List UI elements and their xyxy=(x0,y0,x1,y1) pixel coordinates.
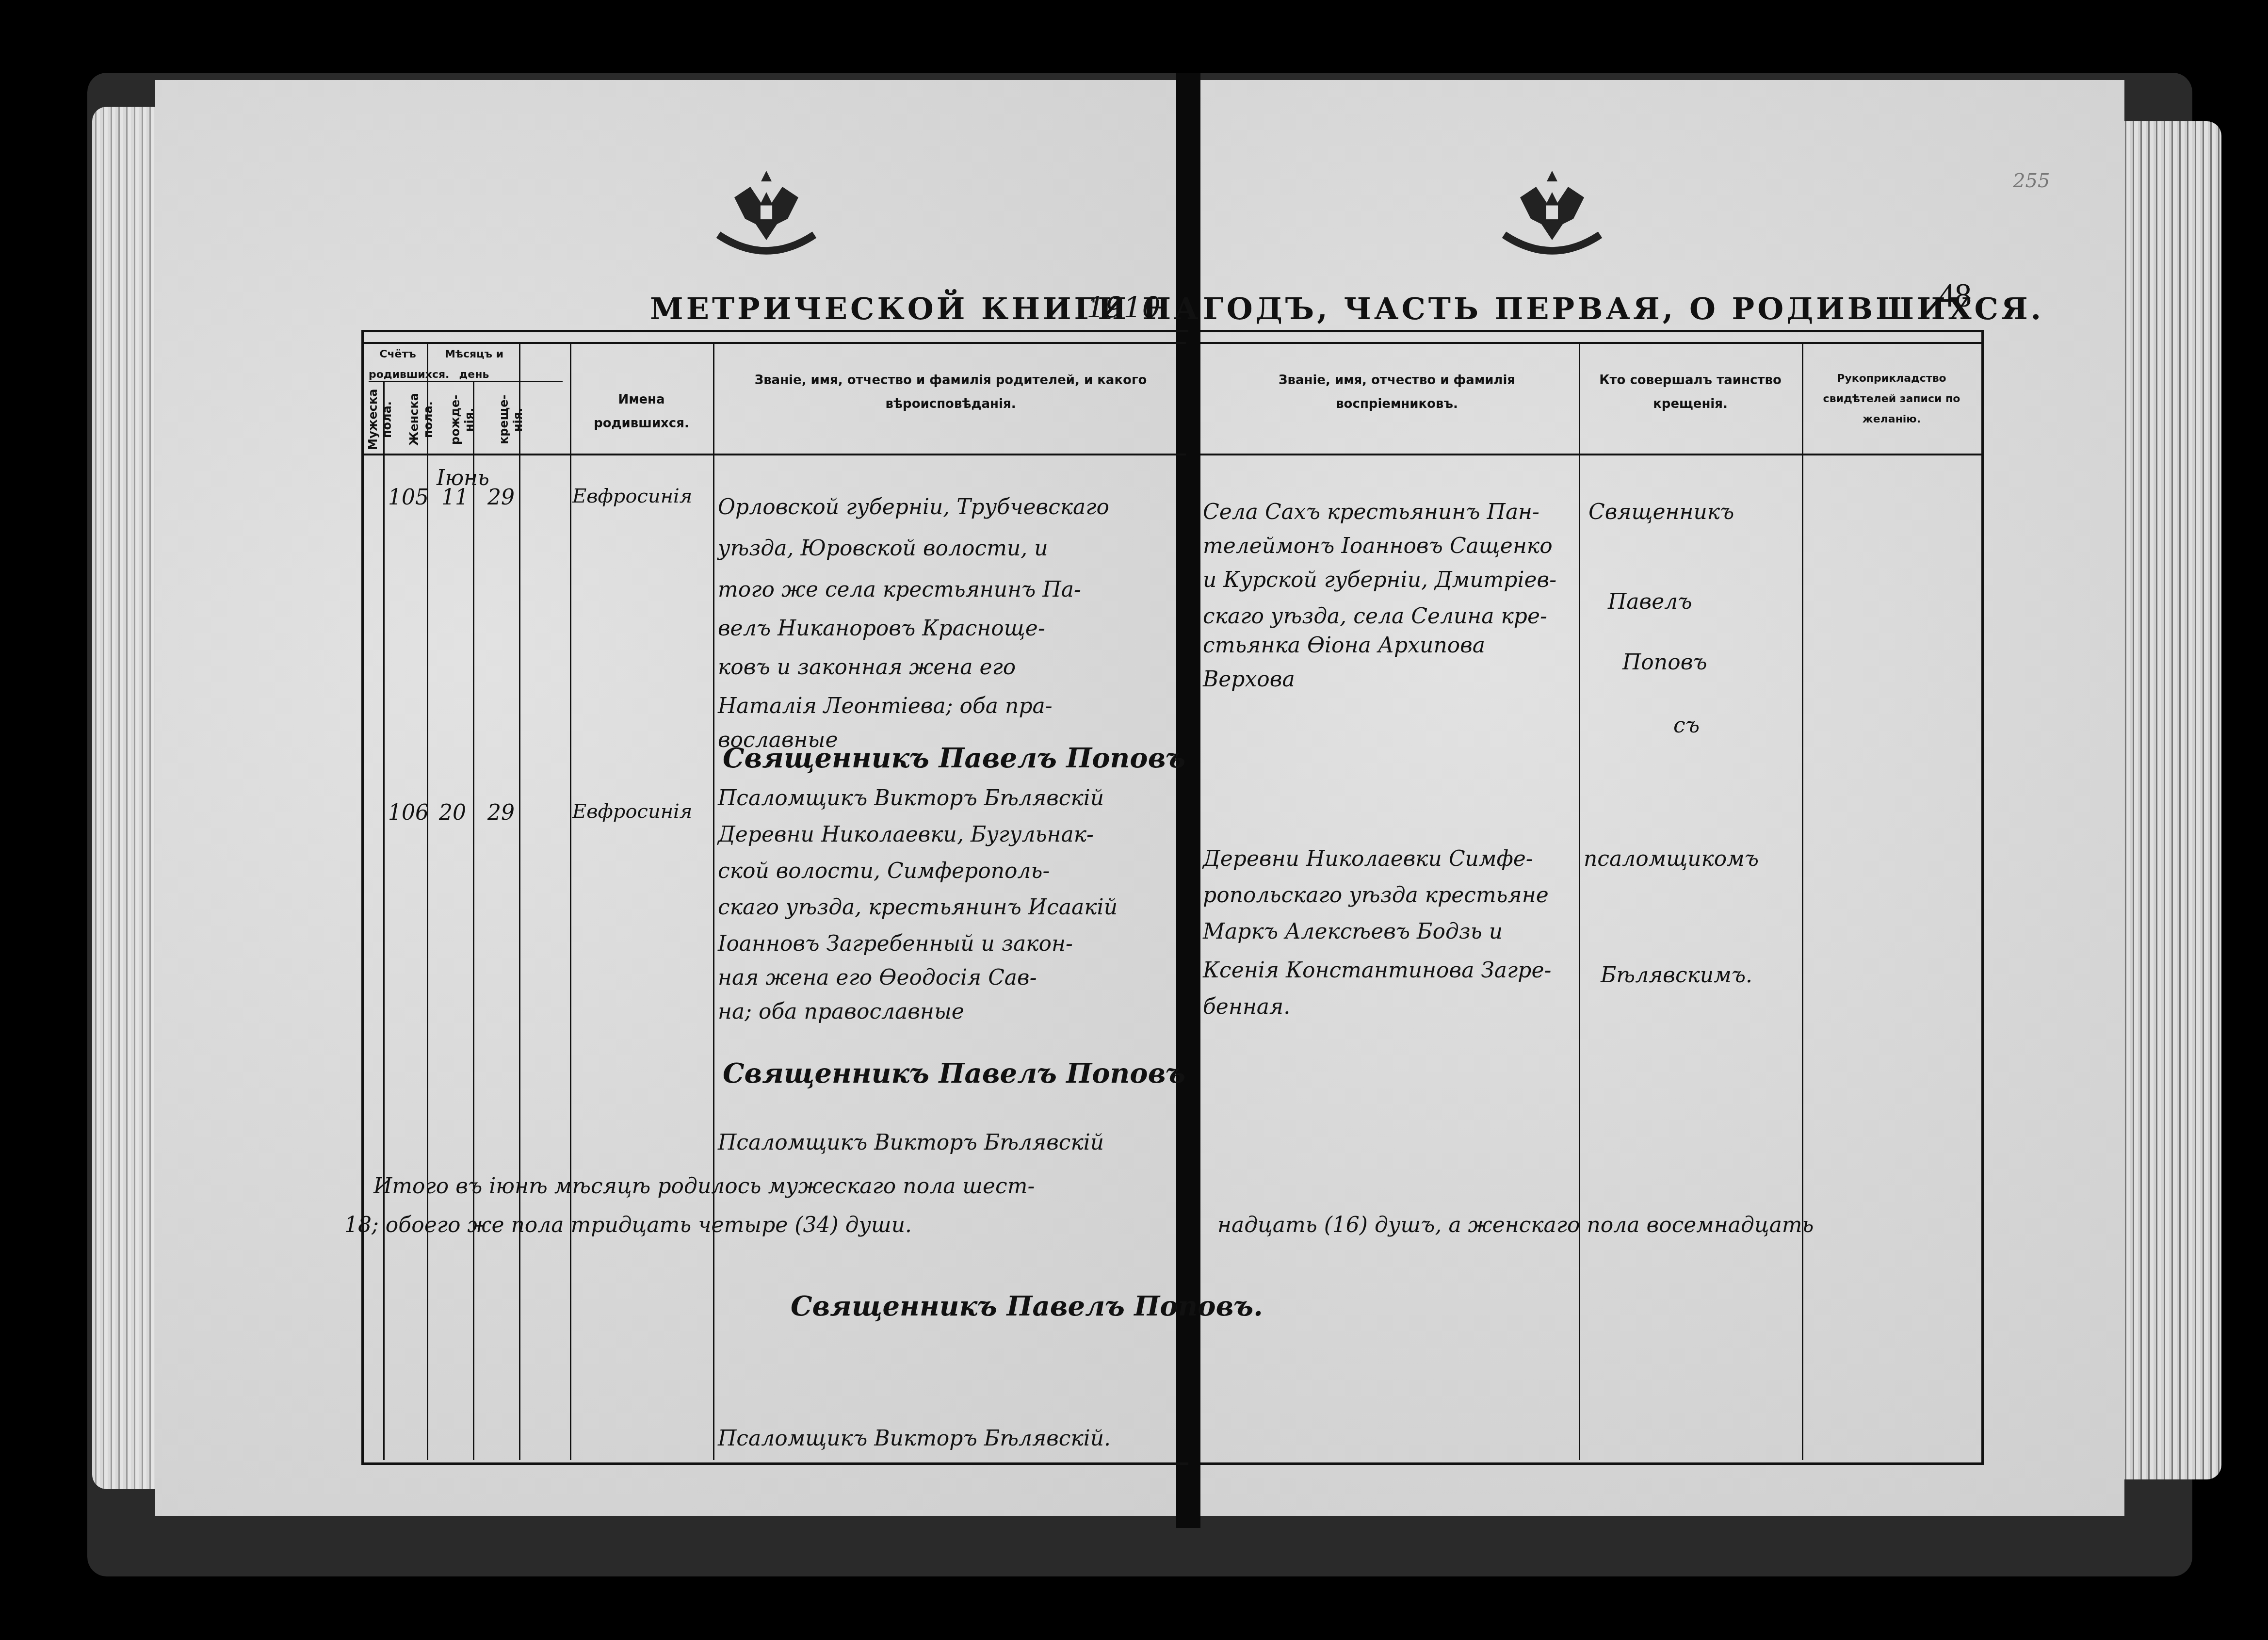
imperial-eagle-emblem-left xyxy=(713,160,820,267)
header-bottom-rule-left xyxy=(361,454,1186,455)
header-male: Мужеска пола. xyxy=(366,388,383,451)
entry2-godparents-line: Ксенія Константинова Загре- xyxy=(1203,958,1551,983)
entry2-psalmist-signature: Псаломщикъ Викторъ Бѣлявскій xyxy=(718,1130,1104,1155)
header-bottom-rule-right xyxy=(1200,454,1981,455)
entry1-godparents-line: Села Сахъ крестьянинъ Пан- xyxy=(1203,500,1539,524)
header-baptism: креще-нія. xyxy=(497,388,514,451)
year-handwritten: 1910 xyxy=(1086,291,1161,325)
col-line xyxy=(1802,342,1803,1460)
col-line xyxy=(519,342,520,1460)
entry1-officiant: Павелъ xyxy=(1608,589,1692,614)
col-line xyxy=(713,342,714,1460)
summary-line-right: надцать (16) душъ, а женскаго пола восем… xyxy=(1217,1213,1814,1237)
entry2-baptism-day: 29 xyxy=(487,800,515,825)
entry1-parents-line: Орловской губерніи, Трубчевскаго xyxy=(718,495,1109,520)
entry1-baptism-day: 29 xyxy=(487,485,515,510)
header-witnesses: Рукоприкладство свидѣтелей записи по жел… xyxy=(1804,369,1979,429)
archive-number: 255 xyxy=(2013,170,2050,192)
col-line xyxy=(1579,342,1580,1460)
col-line xyxy=(473,381,474,1460)
entry1-number: 105 xyxy=(388,485,429,510)
entry2-parents-line: Іоанновъ Загребенный и закон- xyxy=(718,931,1073,956)
header-double-rule-right xyxy=(1200,342,1981,344)
header-godparents: Званіе, имя, отчество и фамилія воспріем… xyxy=(1222,369,1571,417)
entry1-name: Евфросинія xyxy=(572,485,692,507)
entry1-godparents-line: Верхова xyxy=(1203,667,1295,692)
entry1-godparents-line: скаго уѣзда, села Селина кре- xyxy=(1203,604,1547,629)
entry2-parents-line: ской волости, Симферополь- xyxy=(718,859,1050,883)
entry2-priest-signature: Священникъ Павелъ Поповъ xyxy=(723,1057,1185,1089)
header-double-rule-left xyxy=(361,342,1186,344)
entry1-officiant: Поповъ xyxy=(1622,650,1707,675)
entry2-birth-day: 20 xyxy=(439,800,466,825)
entry1-parents-line: Наталія Леонтіева; оба пра- xyxy=(718,694,1053,718)
header-parents: Званіе, имя, отчество и фамилія родителе… xyxy=(723,369,1179,417)
entry1-priest-signature: Священникъ Павелъ Поповъ xyxy=(723,742,1185,774)
summary-psalmist-signature: Псаломщикъ Викторъ Бѣлявскій. xyxy=(718,1426,1111,1451)
imperial-eagle-emblem-right xyxy=(1499,160,1605,267)
entry1-psalmist-signature: Псаломщикъ Викторъ Бѣлявскій xyxy=(718,786,1104,811)
entry2-parents-line: Деревни Николаевки, Бугульнак- xyxy=(718,822,1094,847)
title-right: ГОДЪ, ЧАСТЬ ПЕРВАЯ, О РОДИВШИХСЯ. xyxy=(1203,291,2044,326)
header-birth: рожде-нія. xyxy=(449,388,466,451)
col-line xyxy=(383,381,385,1460)
summary-line2: 18; обоего же пола тридцать четыре (34) … xyxy=(344,1213,912,1237)
entry2-parents-line: на; оба православные xyxy=(718,999,964,1024)
entry2-officiant: Бѣлявскимъ. xyxy=(1601,963,1752,988)
summary-line1: Итого въ іюнѣ мѣсяцѣ родилось мужескаго … xyxy=(373,1174,1035,1199)
entry2-parents-line: ная жена его Өеодосія Сав- xyxy=(718,965,1037,990)
entry1-birth-day: 11 xyxy=(441,485,469,510)
entry2-parents-line: скаго уѣзда, крестьянинъ Исаакій xyxy=(718,895,1118,920)
entry1-officiant: Священникъ xyxy=(1588,500,1734,524)
entry1-parents-line: уѣзда, Юровской волости, и xyxy=(718,536,1048,561)
entry2-godparents-line: Деревни Николаевки Симфе- xyxy=(1203,846,1533,871)
header-female: Женска пола. xyxy=(407,388,424,451)
header-names: Имена родившихся. xyxy=(570,388,713,436)
entry1-parents-line: ковъ и законная жена его xyxy=(718,655,1016,680)
entry1-godparents-line: стьянка Өіона Архипова xyxy=(1203,633,1485,658)
entry2-godparents-line: бенная. xyxy=(1203,994,1290,1019)
entry1-godparents-line: и Курской губерніи, Дмитріев- xyxy=(1203,568,1556,592)
col-line xyxy=(570,342,571,1460)
entry2-name: Евфросинія xyxy=(572,800,692,823)
entry2-number: 106 xyxy=(388,800,429,825)
entry1-parents-line: того же села крестьянинъ Па- xyxy=(718,577,1081,602)
header-officiant: Кто совершалъ таинство крещенія. xyxy=(1584,369,1797,417)
entry2-officiant: псаломщикомъ xyxy=(1584,846,1759,871)
entry2-godparents-line: Маркъ Алексѣевъ Бодзь и xyxy=(1203,919,1503,944)
entry2-godparents-line: ропольскаго уѣзда крестьяне xyxy=(1203,883,1549,908)
summary-priest-signature: Священникъ Павелъ Поповъ. xyxy=(791,1290,1263,1322)
header-date: Мѣсяцъ и день xyxy=(429,344,519,385)
header-count: Счётъ родившихся. xyxy=(369,344,427,385)
page-number: 48 xyxy=(1938,276,1972,315)
entry1-officiant: съ xyxy=(1673,713,1700,738)
entry1-godparents-line: телеймонъ Іоанновъ Сащенко xyxy=(1203,534,1553,558)
entry1-parents-line: велъ Никаноровъ Красноще- xyxy=(718,616,1045,641)
